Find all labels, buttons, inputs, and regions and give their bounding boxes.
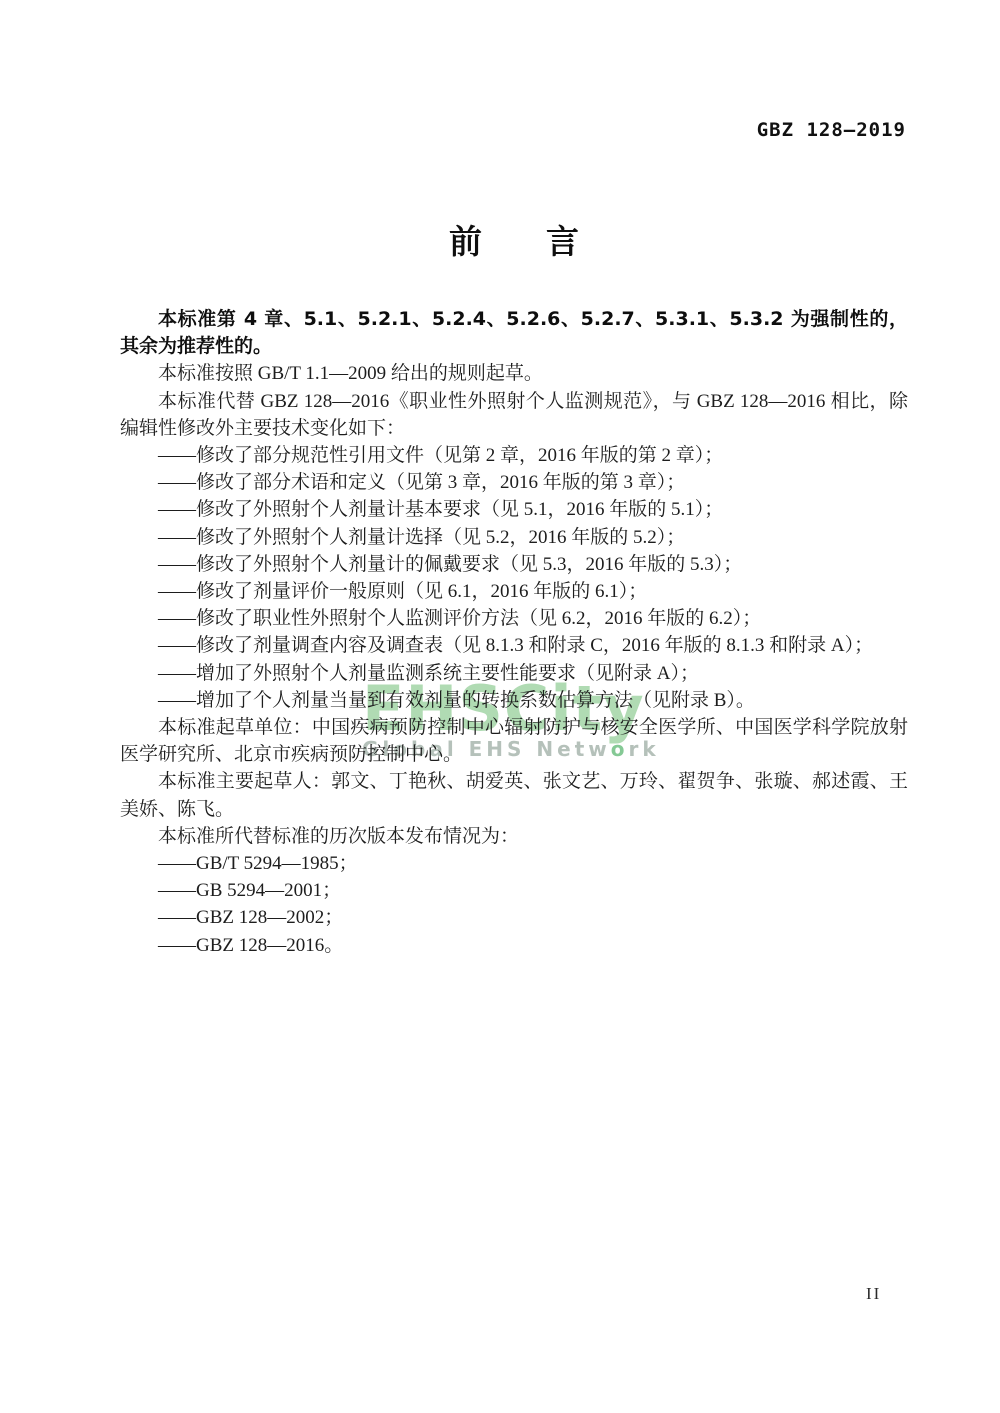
change-list-item: ——修改了部分术语和定义（见第 3 章，2016 年版的第 3 章）； — [120, 469, 908, 496]
history-list: ——GB/T 5294—1985； ——GB 5294—2001； ——GBZ … — [120, 850, 908, 959]
history-list-item: ——GBZ 128—2016。 — [120, 932, 908, 959]
change-list-item: ——增加了外照射个人剂量监测系统主要性能要求（见附录 A）； — [120, 660, 908, 687]
foreword-body: 本标准第 4 章、5.1、5.2.1、5.2.4、5.2.6、5.2.7、5.3… — [120, 306, 908, 959]
change-list-item: ——修改了外照射个人剂量计的佩戴要求（见 5.3，2016 年版的 5.3）； — [120, 551, 908, 578]
para-mandatory-clauses: 本标准第 4 章、5.1、5.2.1、5.2.4、5.2.6、5.2.7、5.3… — [120, 306, 908, 360]
page-number: II — [866, 1284, 881, 1304]
change-list-item: ——修改了外照射个人剂量计选择（见 5.2，2016 年版的 5.2）； — [120, 524, 908, 551]
page-title-char-1: 前 — [449, 216, 482, 263]
change-list-item: ——增加了个人剂量当量到有效剂量的转换系数估算方法（见附录 B）。 — [120, 687, 908, 714]
change-list: ——修改了部分规范性引用文件（见第 2 章，2016 年版的第 2 章）； ——… — [120, 442, 908, 714]
page-title-char-2: 言 — [546, 216, 579, 263]
doc-code-header: GBZ 128—2019 — [757, 119, 906, 141]
change-list-item: ——修改了部分规范性引用文件（见第 2 章，2016 年版的第 2 章）； — [120, 442, 908, 469]
history-list-item: ——GB/T 5294—1985； — [120, 850, 908, 877]
para-drafters: 本标准主要起草人：郭文、丁艳秋、胡爱英、张文艺、万玲、翟贺争、张璇、郝述霞、王美… — [120, 768, 908, 822]
para-drafting-unit: 本标准起草单位：中国疾病预防控制中心辐射防护与核安全医学所、中国医学科学院放射医… — [120, 714, 908, 768]
history-list-item: ——GB 5294—2001； — [120, 877, 908, 904]
change-list-item: ——修改了剂量调查内容及调查表（见 8.1.3 和附录 C，2016 年版的 8… — [120, 632, 908, 659]
page-title: 前 言 — [120, 216, 908, 263]
change-list-item: ——修改了职业性外照射个人监测评价方法（见 6.2，2016 年版的 6.2）； — [120, 605, 908, 632]
change-list-item: ——修改了外照射个人剂量计基本要求（见 5.1，2016 年版的 5.1）； — [120, 496, 908, 523]
para-drafting-rules: 本标准按照 GB/T 1.1—2009 给出的规则起草。 — [120, 360, 908, 387]
para-replacement: 本标准代替 GBZ 128—2016《职业性外照射个人监测规范》，与 GBZ 1… — [120, 388, 908, 442]
document-page: EHSCity Global EHS Network GBZ 128—2019 … — [0, 0, 1000, 1413]
para-history-intro: 本标准所代替标准的历次版本发布情况为： — [120, 823, 908, 850]
change-list-item: ——修改了剂量评价一般原则（见 6.1，2016 年版的 6.1）； — [120, 578, 908, 605]
history-list-item: ——GBZ 128—2002； — [120, 904, 908, 931]
